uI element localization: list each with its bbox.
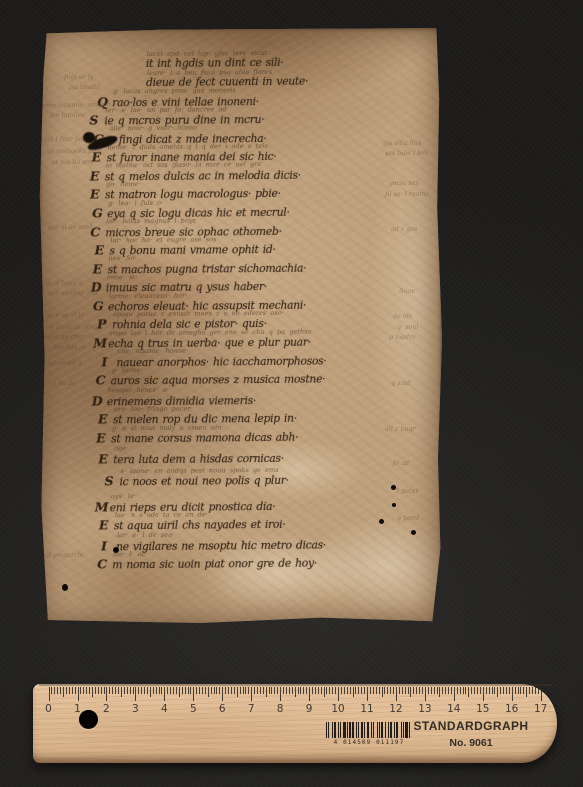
wormhole [113,547,119,553]
marginal-note: not alionop z ai [48,290,98,298]
wormhole [391,485,396,490]
marginal-note: lao has ae [54,344,87,351]
ruler-hanging-hole [79,710,98,729]
ruler-number: 10 [331,703,344,715]
barcode-digits: 4 014509 011197 [325,739,413,746]
manuscript-text: lacet apd uel lap· gfec tere vicutit int… [89,49,436,571]
marginal-note: fo ad [393,460,409,467]
marginal-note: Suav [399,288,415,295]
marginal-note: ad amba q· [48,360,84,368]
ruler-number: 5 [190,703,197,715]
ruler-number: 6 [219,703,226,715]
wormhole [379,519,384,524]
ink-blot [83,132,95,143]
ruler-number: 16 [505,703,518,715]
photo-backdrop: lacet apd uel lap· gfec tere vicutit int… [0,0,583,787]
marginal-note: de als [393,313,412,320]
ruler-number: 7 [248,703,255,715]
marginal-note: as ul husy q [44,280,83,288]
marginal-note: gis silia lius [383,140,421,148]
marginal-note: q ha de [52,380,76,387]
marginal-note: e im ecue ving [50,324,97,332]
ruler-number: 11 [360,703,373,715]
barcode: 4 014509 011197 [325,722,413,748]
ruler: 01234567891011121314151617 4 014509 0111… [33,684,557,763]
marginal-note: erllo ao char [44,334,85,342]
marginal-note: p madre [389,334,416,341]
wormhole [411,530,416,535]
ruler-number: 2 [103,703,110,715]
ruler-number: 17 [534,703,547,715]
ruler-brand-box: STANDARDGRAPH No. 9061 [411,719,531,749]
manuscript-page: lacet apd uel lap· gfec tere vicutit int… [39,28,442,626]
ruler-number: 14 [447,703,460,715]
ruler-number: 0 [45,703,52,715]
marginal-note: yucia ses [389,180,419,187]
ruler-number: 13 [418,703,431,715]
ruler-number: 15 [476,703,489,715]
marginal-note: lee lamilee [50,112,85,119]
marginal-note: pmo lacenne· amne o [42,102,111,110]
manuscript-line: oge·Etera luta dem a hisdas cornicas· [98,443,434,465]
marginal-note: 3 pater [395,488,419,495]
marginal-note: ao e se al lo [46,312,84,320]
ruler-number: 4 [161,703,168,715]
marginal-note: q soid [391,380,410,387]
wormhole [392,503,396,507]
ruler-brand: STANDARDGRAPH [411,719,531,733]
marginal-note: aia bnatia [68,84,100,91]
ruler-model-number: No. 9061 [411,737,531,749]
marginal-note: ail z pugr [385,426,416,433]
marginal-note: ad z gos [391,226,418,233]
marginal-note: sal ymgurchi [42,552,84,560]
ruler-number: 12 [389,703,402,715]
barcode-bars [325,722,413,738]
marginal-note: fu se· l reame [385,191,429,199]
ruler-number: 8 [277,703,284,715]
marginal-note: sca al ae anid [48,224,92,232]
marginal-note: fugi se ly [64,74,94,81]
ruler-number: 3 [132,703,139,715]
wormhole [62,584,68,591]
marginal-note: q poml [397,515,419,522]
marginal-note: ses baie i lele [385,150,429,158]
manuscript-line: s· iaone· en andqs post nouu spoks ge em… [104,465,434,486]
marginal-note: et poi ba smj [52,159,94,167]
ruler-number: 9 [306,703,313,715]
manuscript-line: g· e st noui maly a asuea uin·Est mane c… [96,422,434,444]
marginal-note: q· soul [397,324,419,331]
